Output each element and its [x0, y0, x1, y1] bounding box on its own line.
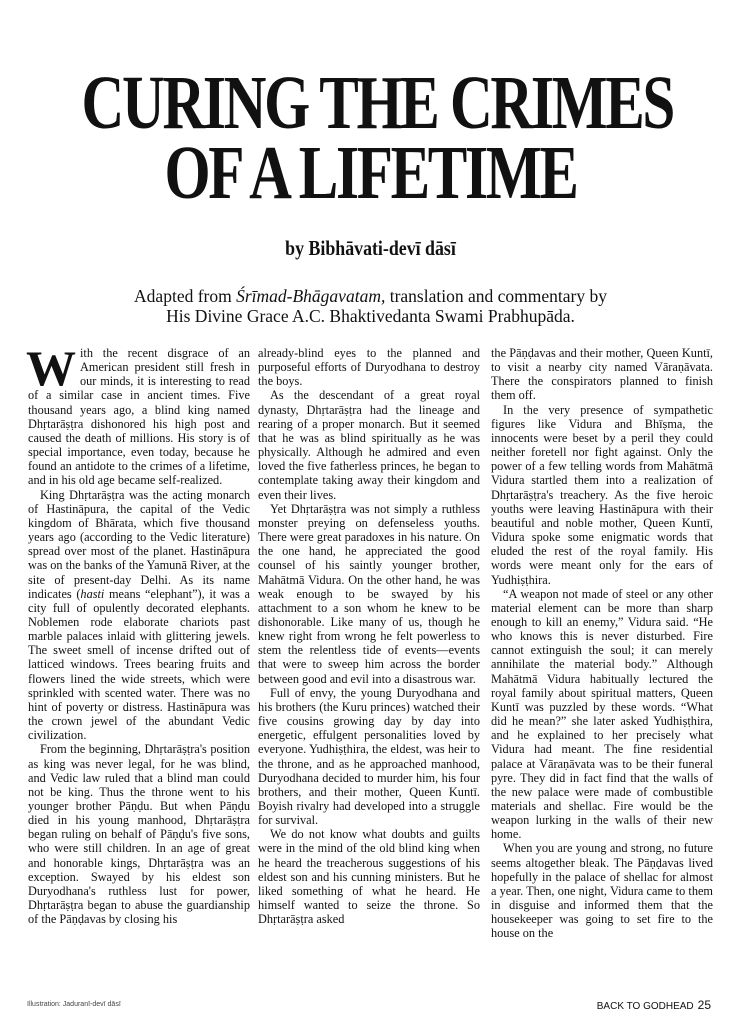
- text-column-2: already-blind eyes to the planned and pu…: [258, 346, 480, 926]
- text-column-3: the Pāṇḍavas and their mother, Queen Kun…: [491, 346, 713, 941]
- paragraph: As the descendant of a great royal dynas…: [258, 388, 480, 501]
- italic-term: hasti: [80, 587, 104, 601]
- byline: by Bibhāvati-devī dāsī: [56, 236, 686, 261]
- drop-cap: W: [26, 348, 76, 388]
- paragraph: From the beginning, Dhṛtarāṣṭra's positi…: [28, 742, 250, 926]
- paragraph: When you are young and strong, no future…: [491, 841, 713, 940]
- source-title: Śrīmad-Bhāgavatam,: [236, 286, 385, 306]
- paragraph: already-blind eyes to the planned and pu…: [258, 346, 480, 388]
- source-line-2: His Divine Grace A.C. Bhaktivedanta Swam…: [0, 306, 741, 326]
- source-prefix: Adapted from: [134, 286, 236, 306]
- paragraph: Full of envy, the young Duryodhana and h…: [258, 686, 480, 828]
- paragraph: “A weapon not made of steel or any other…: [491, 587, 713, 842]
- source-line-1: Adapted from Śrīmad-Bhāgavatam, translat…: [0, 286, 741, 306]
- title-line-2: OF A LIFETIME: [82, 138, 660, 208]
- paragraph-text: means “elephant”), it was a city full of…: [28, 587, 250, 743]
- paragraph: With the recent disgrace of an American …: [28, 346, 250, 488]
- paragraph: King Dhṛtarāṣṭra was the acting monarch …: [28, 488, 250, 743]
- source-suffix: translation and commentary by: [385, 286, 607, 306]
- text-column-1: With the recent disgrace of an American …: [28, 346, 250, 926]
- paragraph: We do not know what doubts and guilts we…: [258, 827, 480, 926]
- paragraph-text: King Dhṛtarāṣṭra was the acting monarch …: [28, 488, 250, 601]
- paragraph: Yet Dhṛtarāṣṭra was not simply a ruthles…: [258, 502, 480, 686]
- article-title: CURING THE CRIMES OF A LIFETIME: [82, 68, 660, 208]
- title-line-1: CURING THE CRIMES: [82, 68, 660, 138]
- page-number: 25: [698, 998, 711, 1012]
- illustration-credit: Illustration: Jaduranī-devī dāsī: [27, 1001, 121, 1008]
- magazine-name: BACK TO GODHEAD: [597, 1001, 694, 1012]
- source-note: Adapted from Śrīmad-Bhāgavatam, translat…: [0, 286, 741, 326]
- paragraph: the Pāṇḍavas and their mother, Queen Kun…: [491, 346, 713, 403]
- page-footer: BACK TO GODHEAD25: [597, 998, 711, 1012]
- paragraph: In the very presence of sympathetic figu…: [491, 403, 713, 587]
